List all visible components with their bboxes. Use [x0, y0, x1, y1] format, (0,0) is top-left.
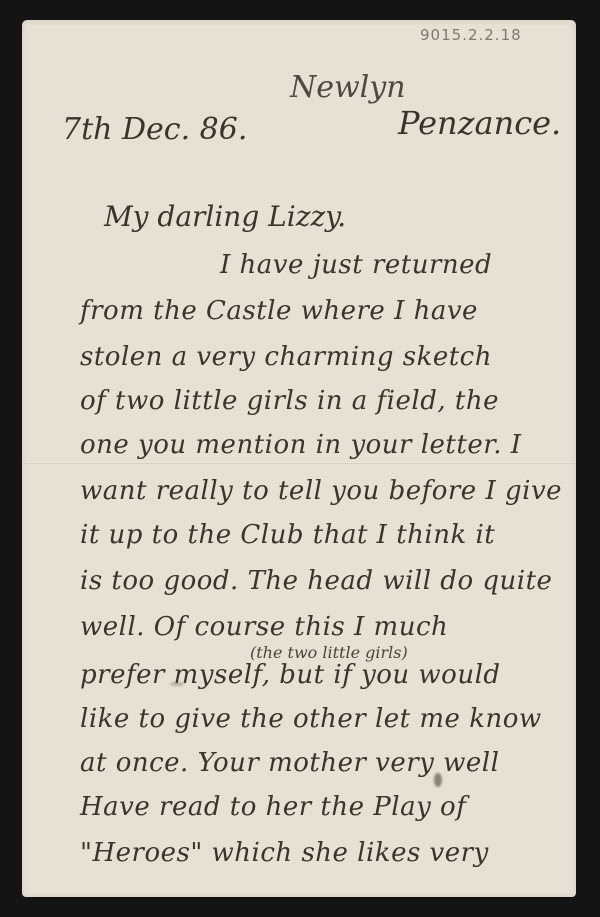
body-line-4: of two little girls in a field, the	[80, 386, 499, 416]
ink-blot	[434, 773, 442, 787]
letter-paper: 9015.2.2.18 Newlyn Penzance. 7th Dec. 86…	[22, 20, 576, 897]
ink-smudge	[170, 682, 184, 686]
letter-date: 7th Dec. 86.	[62, 112, 247, 147]
body-line-9: well. Of course this I much	[80, 612, 448, 642]
fold-crease	[22, 462, 576, 464]
address-line-newlyn: Newlyn	[290, 70, 406, 105]
body-line-10: prefer myself, but if you would	[80, 660, 501, 690]
body-line-8: is too good. The head will do quite	[80, 566, 552, 596]
salutation: My darling Lizzy.	[104, 200, 346, 233]
body-line-6: want really to tell you before I give	[80, 476, 562, 506]
body-line-7: it up to the Club that I think it	[80, 520, 495, 550]
body-line-14: "Heroes" which she likes very	[80, 838, 489, 868]
archive-reference-number: 9015.2.2.18	[420, 26, 522, 44]
body-line-3: stolen a very charming sketch	[80, 342, 492, 372]
body-line-11: like to give the other let me know	[80, 704, 542, 734]
body-line-13: Have read to her the Play of	[80, 792, 466, 822]
body-line-1: I have just returned	[220, 250, 492, 280]
body-line-2: from the Castle where I have	[80, 296, 478, 326]
address-line-penzance: Penzance.	[398, 104, 561, 142]
body-line-5: one you mention in your letter. I	[80, 430, 522, 460]
